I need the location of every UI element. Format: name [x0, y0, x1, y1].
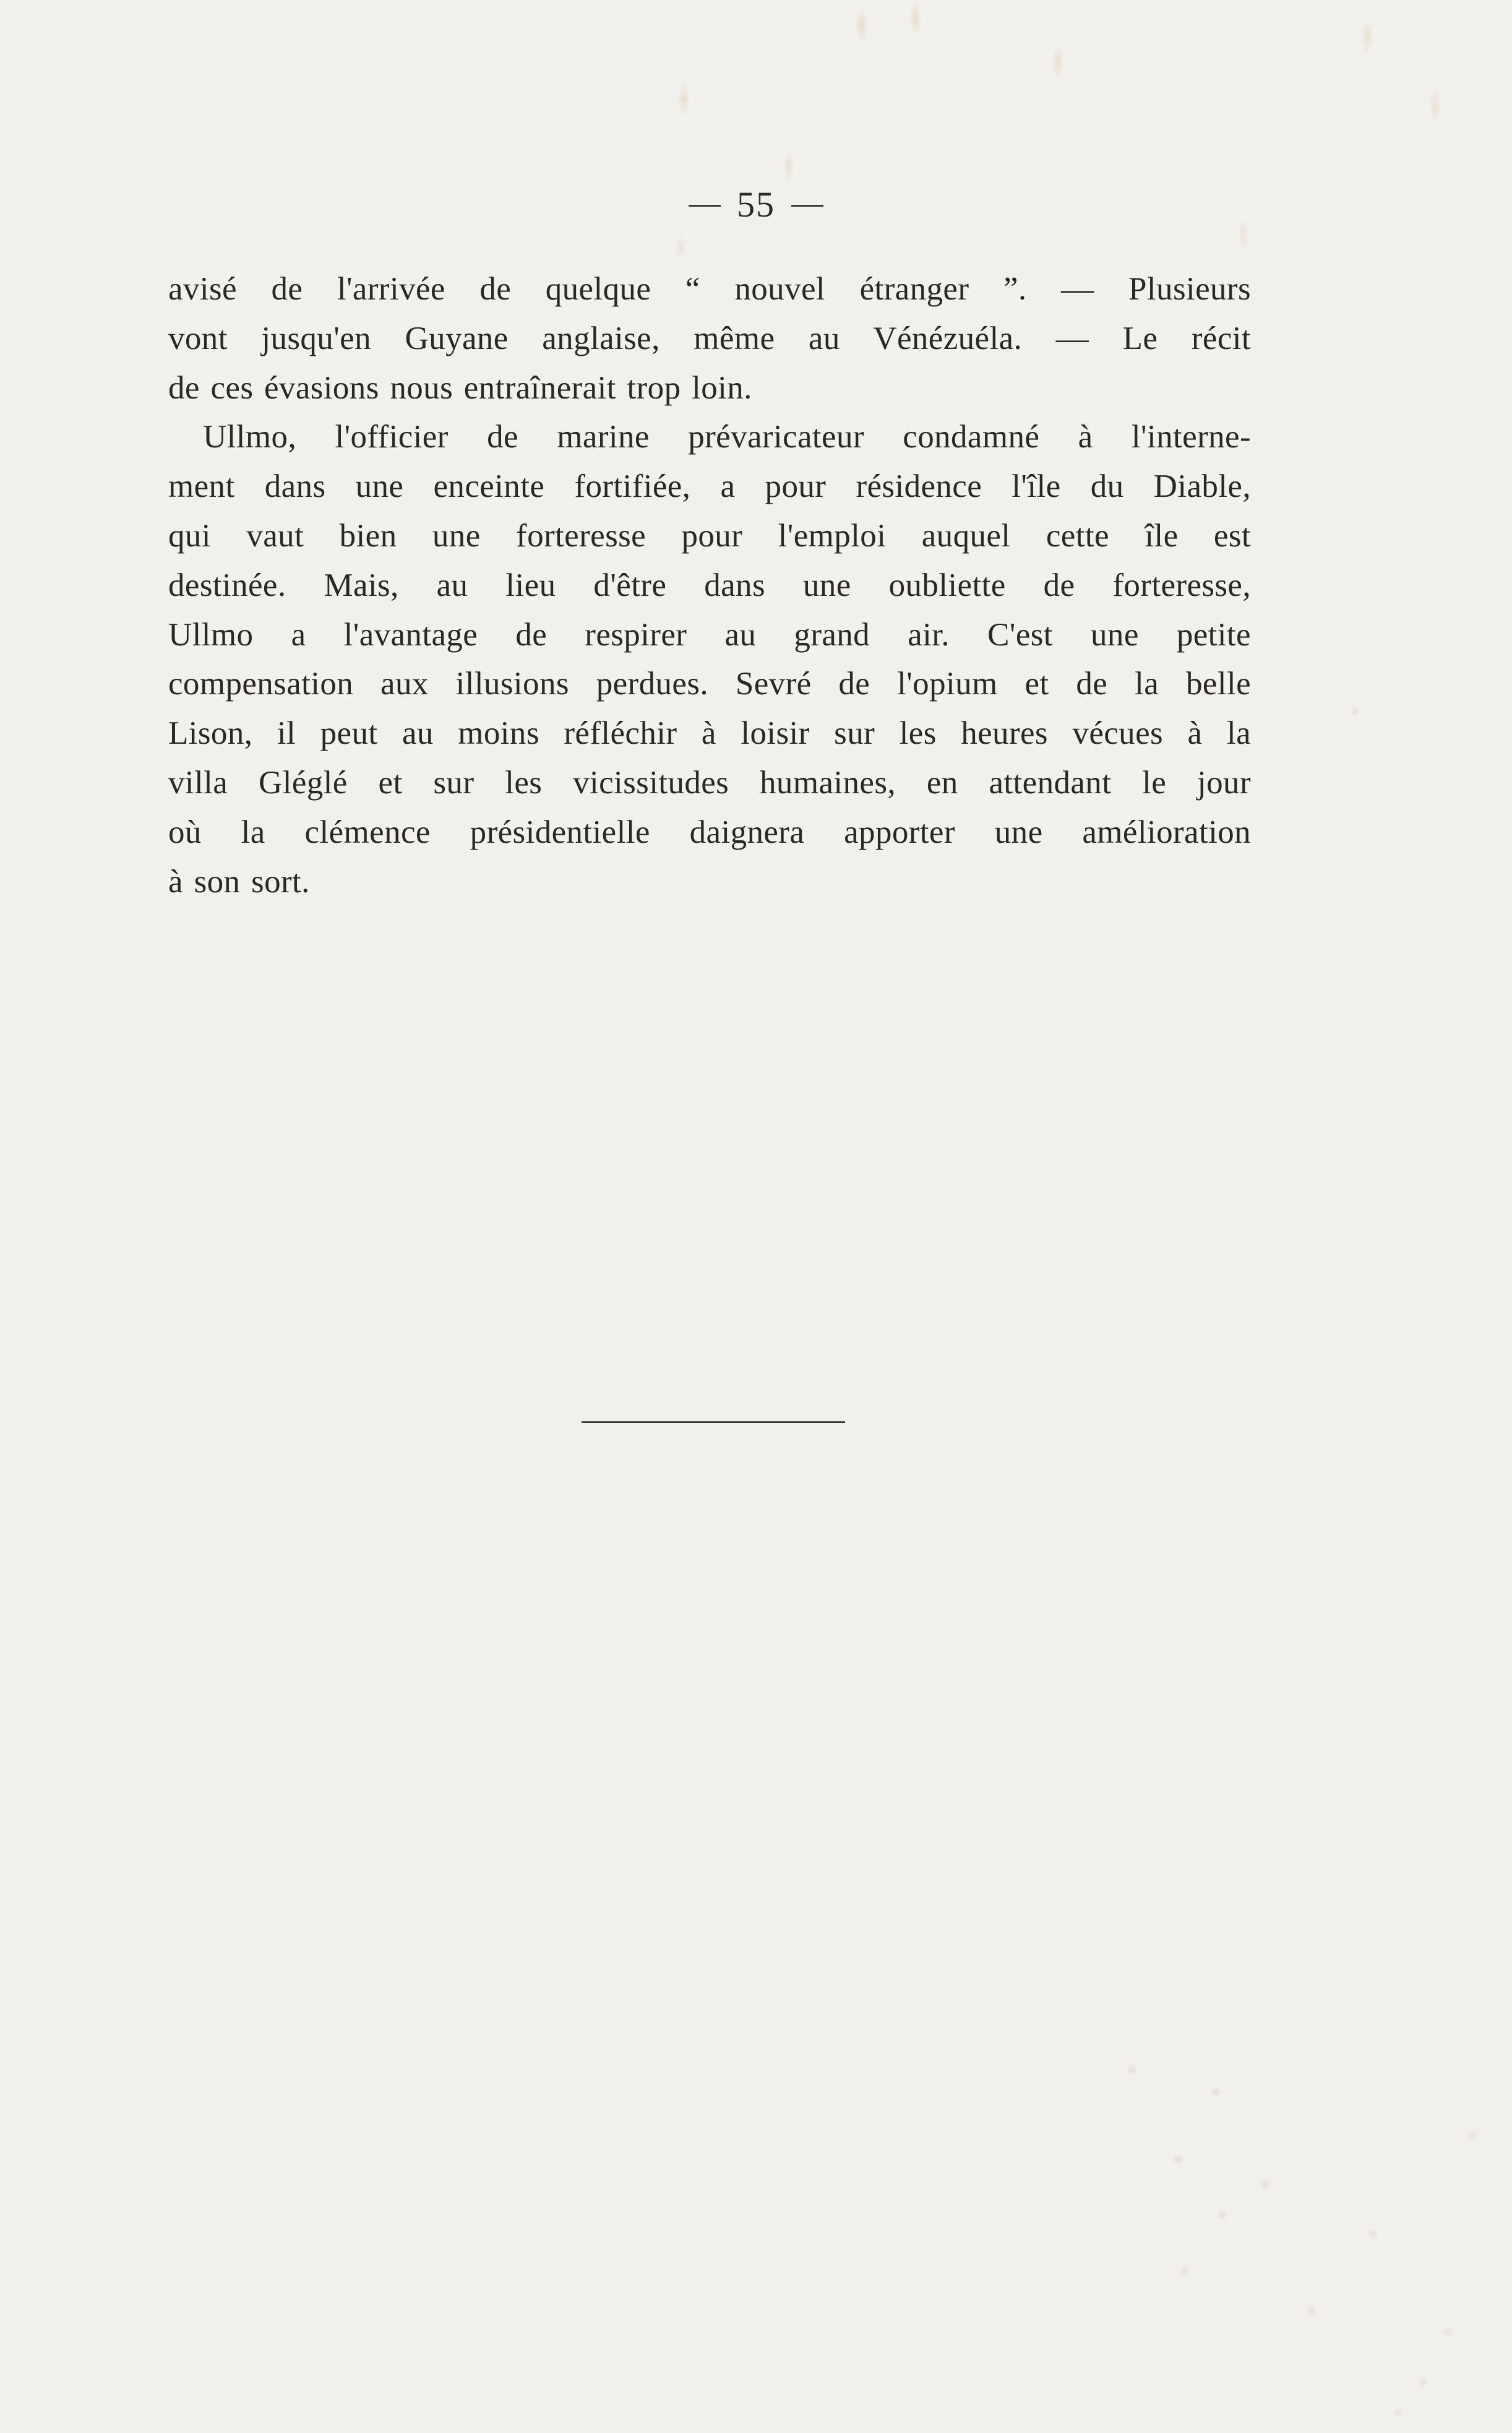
text-line: qui vaut bien une forteresse pour l'empl…: [168, 512, 1251, 561]
text-line: où la clémence présidentielle daignera a…: [168, 808, 1251, 858]
text-line: villa Gléglé et sur les vicissitudes hum…: [168, 759, 1251, 808]
text-line: de ces évasions nous entraînerait trop l…: [168, 364, 1251, 413]
text-line: Ullmo a l'avantage de respirer au grand …: [168, 611, 1251, 660]
text-line: à son sort.: [168, 858, 1251, 907]
page-number-value: 55: [737, 184, 775, 225]
section-separator-rule: [582, 1421, 845, 1423]
text-line: Lison, il peut au moins réfléchir à lois…: [168, 709, 1251, 759]
text-line: compensation aux illusions perdues. Sevr…: [168, 660, 1251, 709]
text-line: ment dans une enceinte fortifiée, a pour…: [168, 462, 1251, 512]
text-line: avisé de l'arrivée de quelque “ nouvel é…: [168, 265, 1251, 314]
page-number-dash-right: [791, 205, 823, 207]
text-line: Ullmo, l'officier de marine prévaricateu…: [168, 413, 1251, 462]
page-number: 55: [0, 183, 1512, 226]
text-line: vont jusqu'en Guyane anglaise, même au V…: [168, 314, 1251, 364]
page-number-dash-left: [689, 205, 721, 207]
body-text: avisé de l'arrivée de quelque “ nouvel é…: [168, 265, 1251, 906]
text-line: destinée. Mais, au lieu d'être dans une …: [168, 561, 1251, 611]
